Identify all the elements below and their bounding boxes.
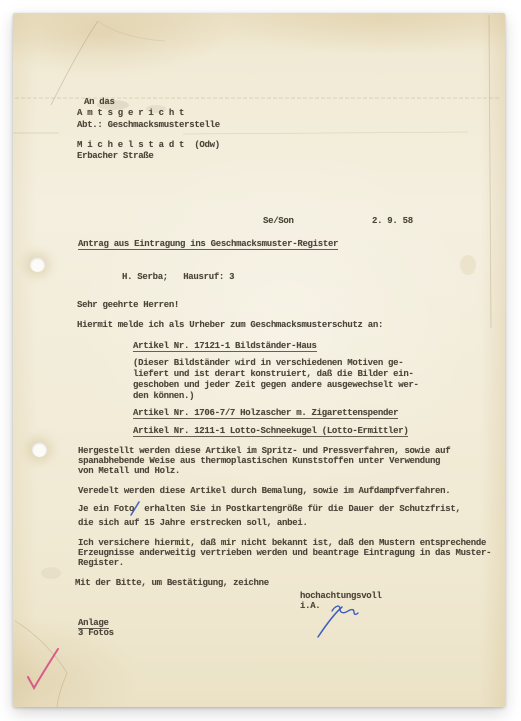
reference-mark: Se/Son (263, 216, 294, 226)
stain-right-edge (460, 255, 476, 275)
punch-hole-bottom (32, 442, 47, 457)
article-1-note-line-1: (Dieser Bildständer wird in verschiedene… (133, 358, 403, 368)
article-1-note-line-2: liefert und ist derart konstruiert, daß … (133, 369, 414, 379)
article-1-note-line-4: den können.) (133, 391, 194, 401)
production-paragraph-line-1: Hergestellt werden diese Artikel im Spri… (78, 446, 450, 456)
photos-paragraph-line-1: Je ein Foto erhalten Sie in Postkartengr… (78, 504, 461, 514)
fold-line-vertical (489, 15, 491, 328)
recipient-line-1: An das (84, 97, 115, 107)
pink-checkmark (28, 649, 58, 688)
recipient-city: M i c h e l s t a d t (Odw) (77, 140, 220, 150)
letter-paper: An das A m t s g e r i c h t Abt.: Gesch… (13, 13, 505, 707)
production-paragraph-line-3: von Metall und Holz. (78, 466, 180, 476)
scanned-letter-page: An das A m t s g e r i c h t Abt.: Gesch… (0, 0, 521, 721)
enclosure-value: 3 Fotos (78, 628, 114, 638)
article-1-note-line-3: geschoben und jeder Zeit gegen andere au… (133, 380, 419, 390)
finishing-paragraph: Veredelt werden diese Artikel durch Bema… (78, 486, 450, 496)
subject-line: Antrag aus Eintragung ins Geschmacksmust… (78, 239, 338, 250)
article-1-title: Artikel Nr. 17121-1 Bildständer-Haus (133, 341, 317, 352)
contact-line: H. Serba; Hausruf: 3 (122, 272, 234, 282)
crease-bottom-left-2 (57, 673, 67, 707)
valediction: hochachtungsvoll (300, 591, 382, 601)
handwritten-signature (332, 606, 358, 614)
article-3-title: Artikel Nr. 1211-1 Lotto-Schneekugel (Lo… (133, 426, 408, 437)
intro-line: Hiermit melde ich als Urheber zum Geschm… (77, 320, 383, 330)
crease-top (98, 21, 165, 41)
article-2-title: Artikel Nr. 1706-7/7 Holzascher m. Zigar… (133, 408, 398, 419)
punch-hole-top (30, 257, 45, 272)
stain-lower-left (41, 567, 61, 579)
production-paragraph-line-2: spanabhebende Weise aus thermoplastische… (78, 456, 440, 466)
letter-date: 2. 9. 58 (372, 216, 413, 226)
assurance-paragraph-line-1: Ich versichere hiermit, daß mir nicht be… (78, 538, 486, 548)
assurance-paragraph-line-3: Register. (78, 558, 124, 568)
signature-prefix: i.A. (300, 601, 320, 611)
crease-bottom-left-1 (15, 621, 67, 673)
recipient-line-3: Abt.: Geschmacksmusterstelle (77, 120, 220, 130)
crease-top-left (51, 21, 98, 105)
recipient-street: Erbacher Straße (77, 151, 154, 161)
signature-tail-stroke (318, 607, 342, 637)
salutation: Sehr geehrte Herren! (77, 300, 179, 310)
fold-line-right-segment (183, 132, 468, 134)
recipient-line-2: A m t s g e r i c h t (77, 108, 184, 118)
assurance-paragraph-line-2: Erzeugnisse anderweitig vertrieben werde… (78, 548, 491, 558)
closing-request: Mit der Bitte, um Bestätigung, zeichne (75, 578, 269, 588)
photos-paragraph-line-2: die sich auf 15 Jahre erstrecken soll, a… (78, 518, 308, 528)
